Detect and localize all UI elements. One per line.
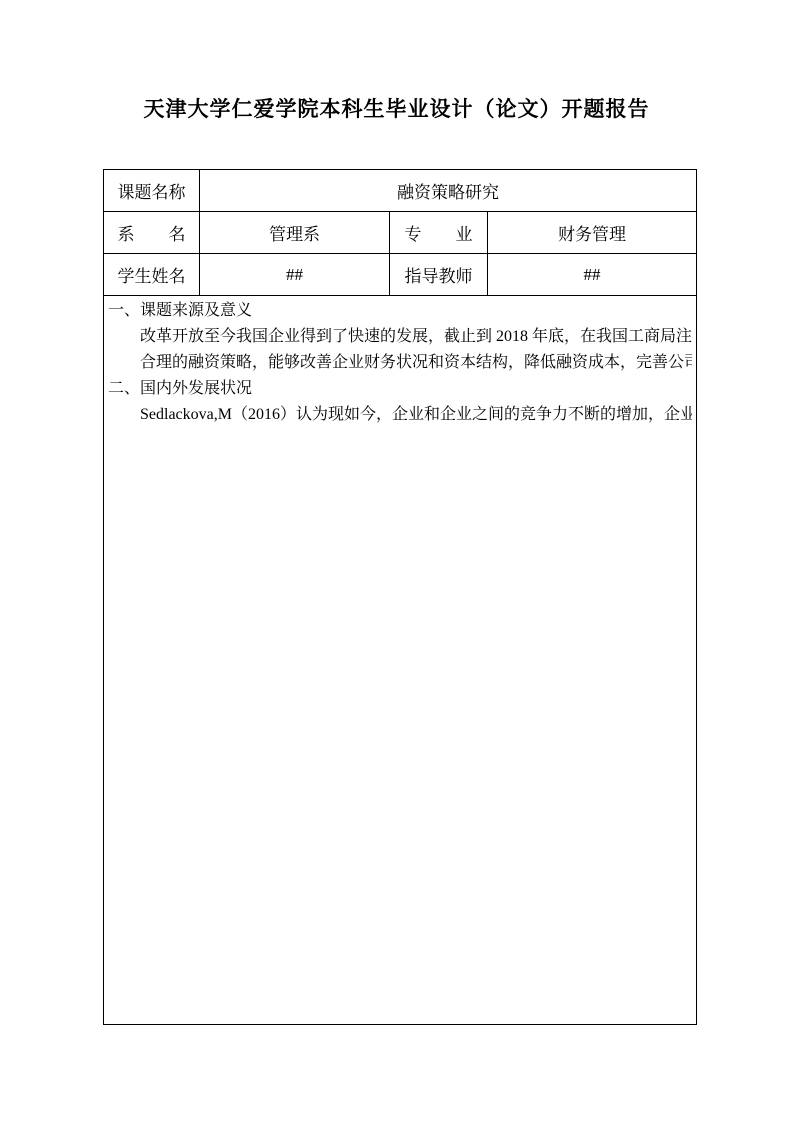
section1-paragraph-2: 合理的融资策略，能够改善企业财务状况和资本结构，降低融资成本，完善公司治理结构，… — [108, 350, 692, 376]
advisor-value: ## — [488, 254, 697, 296]
student-name-value: ## — [200, 254, 390, 296]
major-value: 财务管理 — [488, 212, 697, 254]
student-name-label: 学生姓名 — [104, 254, 200, 296]
report-body-content: 一、课题来源及意义 改革开放至今我国企业得到了快速的发展，截止到 2018 年底… — [108, 298, 692, 1022]
section2-paragraph-1: Sedlackova,M（2016）认为现如今，企业和企业之间的竞争力不断的增加… — [108, 402, 692, 428]
student-advisor-row: 学生姓名 ## 指导教师 ## — [104, 254, 697, 296]
topic-label: 课题名称 — [104, 170, 200, 212]
section1-heading: 一、课题来源及意义 — [108, 298, 692, 324]
report-body-row: 一、课题来源及意义 改革开放至今我国企业得到了快速的发展，截止到 2018 年底… — [104, 296, 697, 1025]
major-label: 专 业 — [390, 212, 488, 254]
thesis-info-table: 课题名称 融资策略研究 系 名 管理系 专 业 财务管理 学生姓名 ## 指导教… — [103, 169, 697, 1025]
document-title: 天津大学仁爱学院本科生毕业设计（论文）开题报告 — [0, 95, 793, 125]
topic-value: 融资策略研究 — [200, 170, 697, 212]
department-major-row: 系 名 管理系 专 业 财务管理 — [104, 212, 697, 254]
department-value: 管理系 — [200, 212, 390, 254]
document-page: 天津大学仁爱学院本科生毕业设计（论文）开题报告 课题名称 融资策略研究 系 名 … — [0, 0, 793, 1122]
department-label: 系 名 — [104, 212, 200, 254]
topic-row: 课题名称 融资策略研究 — [104, 170, 697, 212]
section1-paragraph-1: 改革开放至今我国企业得到了快速的发展，截止到 2018 年底，在我国工商局注册的… — [108, 324, 692, 350]
advisor-label: 指导教师 — [390, 254, 488, 296]
report-body-cell: 一、课题来源及意义 改革开放至今我国企业得到了快速的发展，截止到 2018 年底… — [104, 296, 697, 1025]
section2-heading: 二、国内外发展状况 — [108, 376, 692, 402]
